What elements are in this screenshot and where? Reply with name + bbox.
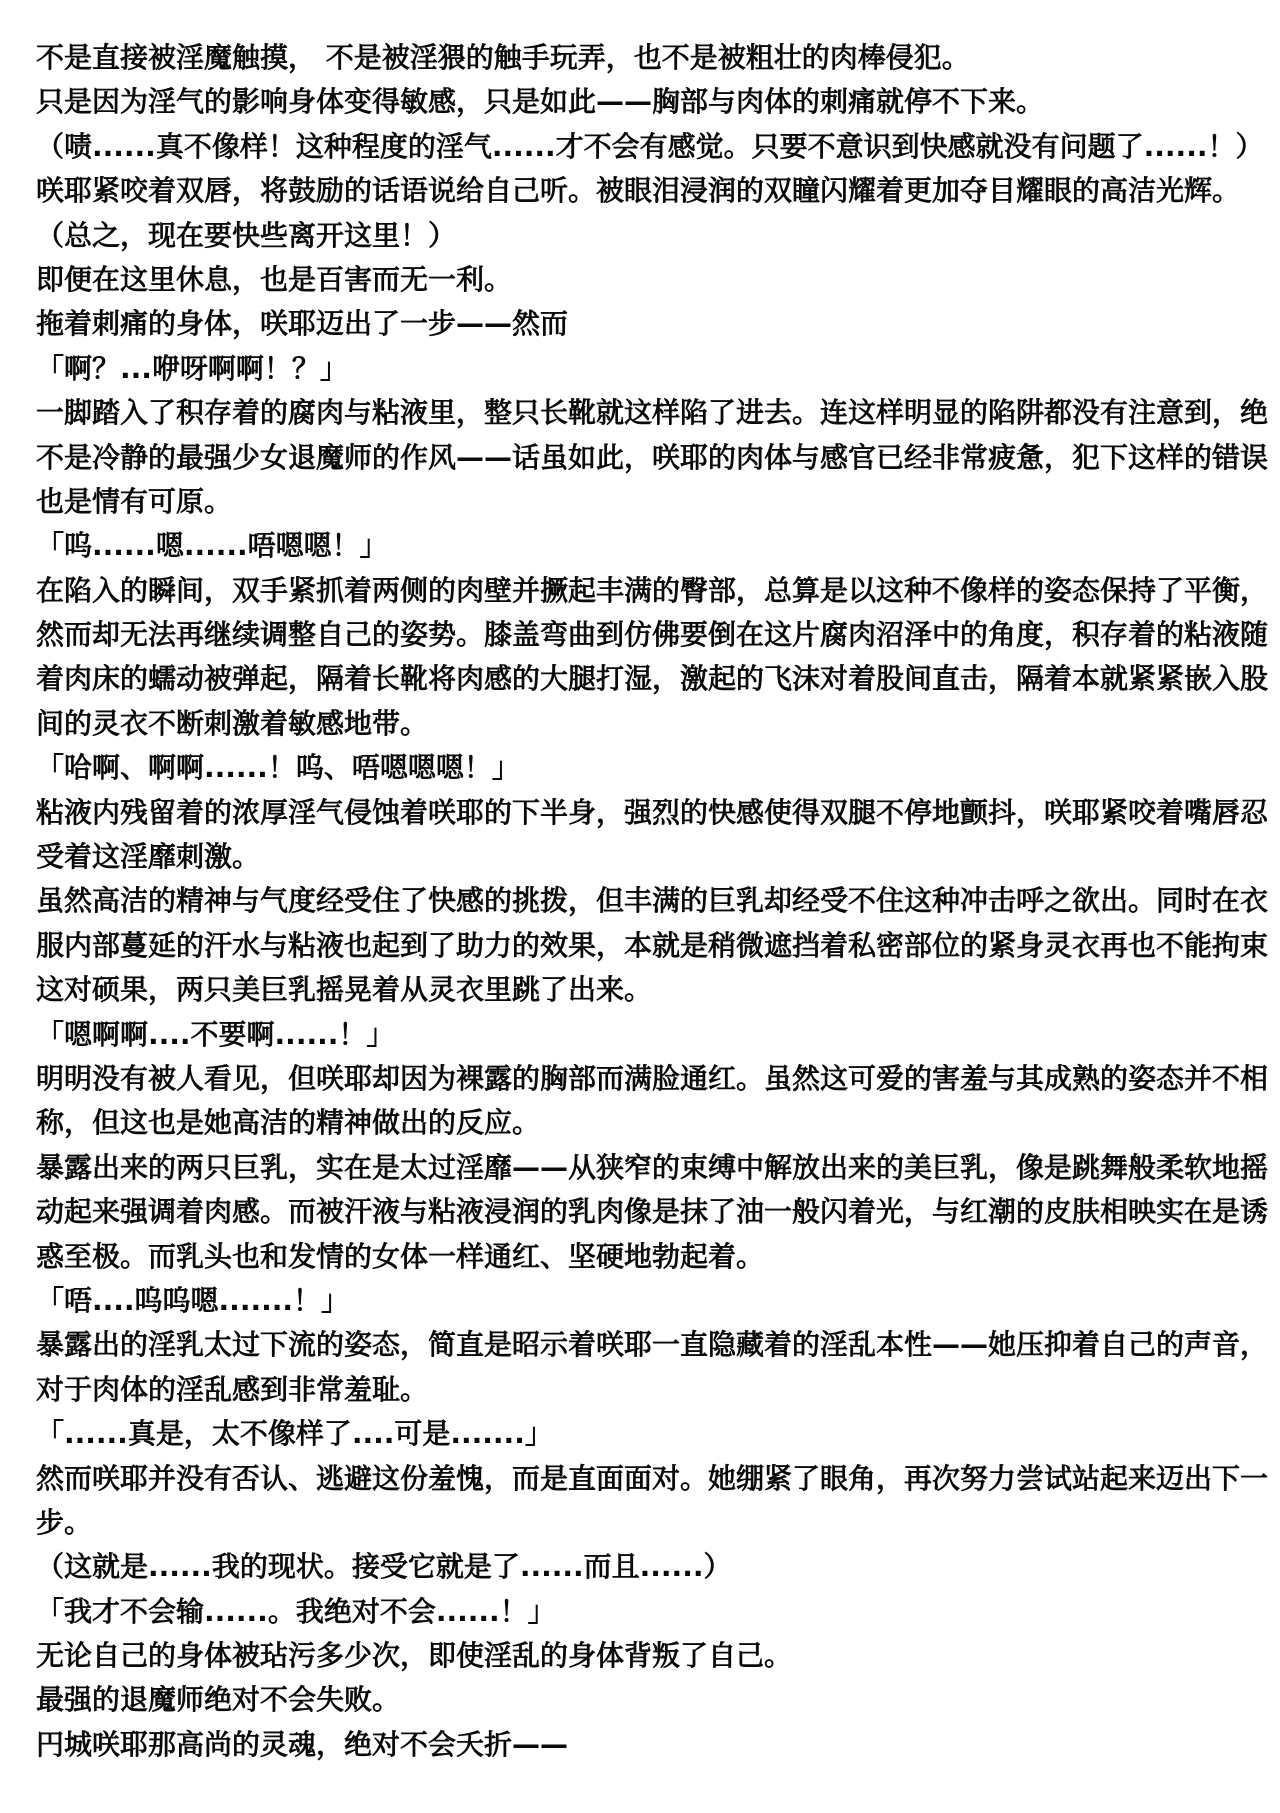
text-line: 间的灵衣不断刺激着敏感地带。	[36, 702, 1250, 746]
text-line: 称，但这也是她高洁的精神做出的反应。	[36, 1101, 1250, 1145]
text-line: 「我才不会输......。我绝对不会......！」	[36, 1590, 1250, 1634]
text-line: 円城咲耶那高尚的灵魂，绝对不会夭折——	[36, 1723, 1250, 1767]
text-line: 拖着刺痛的身体，咲耶迈出了一步——然而	[36, 302, 1250, 346]
text-line: （总之，现在要快些离开这里！）	[36, 214, 1250, 258]
text-line: 受着这淫靡刺激。	[36, 835, 1250, 879]
text-line: 「呜......嗯......唔嗯嗯！」	[36, 524, 1250, 568]
document-text: 不是直接被淫魔触摸， 不是被淫猥的触手玩弄，也不是被粗壮的肉棒侵犯。只是因为淫气…	[0, 0, 1280, 1767]
text-line: 咲耶紧咬着双唇，将鼓励的话语说给自己听。被眼泪浸润的双瞳闪耀着更加夺目耀眼的高洁…	[36, 169, 1250, 213]
text-line: 着肉床的蠕动被弹起，隔着长靴将肉感的大腿打湿，激起的飞沫对着股间直击，隔着本就紧…	[36, 657, 1250, 701]
text-line: （这就是......我的现状。接受它就是了......而且......）	[36, 1545, 1250, 1589]
text-line: 粘液内残留着的浓厚淫气侵蚀着咲耶的下半身，强烈的快感使得双腿不停地颤抖，咲耶紧咬…	[36, 791, 1250, 835]
text-line: 即便在这里休息，也是百害而无一利。	[36, 258, 1250, 302]
text-line: 暴露出来的两只巨乳，实在是太过淫靡——从狭窄的束缚中解放出来的美巨乳，像是跳舞般…	[36, 1146, 1250, 1190]
text-line: 动起来强调着肉感。而被汗液与粘液浸润的乳肉像是抹了油一般闪着光，与红潮的皮肤相映…	[36, 1190, 1250, 1234]
text-line: 「哈啊、啊啊......！呜、唔嗯嗯嗯！」	[36, 746, 1250, 790]
text-line: 服内部蔓延的汗水与粘液也起到了助力的效果，本就是稍微遮挡着私密部位的紧身灵衣再也…	[36, 924, 1250, 968]
text-line: 暴露出的淫乳太过下流的姿态，简直是昭示着咲耶一直隐藏着的淫乱本性——她压抑着自己…	[36, 1323, 1250, 1367]
text-line: 不是直接被淫魔触摸， 不是被淫猥的触手玩弄，也不是被粗壮的肉棒侵犯。	[36, 36, 1250, 80]
text-line: 也是情有可原。	[36, 480, 1250, 524]
text-line: 这对硕果，两只美巨乳摇晃着从灵衣里跳了出来。	[36, 968, 1250, 1012]
text-line: 在陷入的瞬间，双手紧抓着两侧的肉壁并撅起丰满的臀部，总算是以这种不像样的姿态保持…	[36, 569, 1250, 613]
text-line: 无论自己的身体被玷污多少次，即使淫乱的身体背叛了自己。	[36, 1634, 1250, 1678]
text-line: 一脚踏入了积存着的腐肉与粘液里，整只长靴就这样陷了进去。连这样明显的陷阱都没有注…	[36, 391, 1250, 435]
text-line: 「唔....呜呜嗯.......！」	[36, 1279, 1250, 1323]
text-line: 步。	[36, 1501, 1250, 1545]
text-line: 「......真是，太不像样了....可是.......」	[36, 1412, 1250, 1456]
text-line: 然而咲耶并没有否认、逃避这份羞愧，而是直面面对。她绷紧了眼角，再次努力尝试站起来…	[36, 1457, 1250, 1501]
text-line: 最强的退魔师绝对不会失败。	[36, 1678, 1250, 1722]
page: { "page": { "background_color": "#ffffff…	[0, 0, 1280, 1813]
text-line: 然而却无法再继续调整自己的姿势。膝盖弯曲到仿佛要倒在这片腐肉沼泽中的角度，积存着…	[36, 613, 1250, 657]
text-line: 明明没有被人看见，但咲耶却因为裸露的胸部而满脸通红。虽然这可爱的害羞与其成熟的姿…	[36, 1057, 1250, 1101]
text-line: 虽然高洁的精神与气度经受住了快感的挑拨，但丰满的巨乳却经受不住这种冲击呼之欲出。…	[36, 879, 1250, 923]
text-line: （啧......真不像样！这种程度的淫气......才不会有感觉。只要不意识到快…	[36, 125, 1250, 169]
text-line: 「啊？...咿呀啊啊！？」	[36, 347, 1250, 391]
text-line: 不是冷静的最强少女退魔师的作风——话虽如此，咲耶的肉体与感官已经非常疲惫，犯下这…	[36, 436, 1250, 480]
text-line: 惑至极。而乳头也和发情的女体一样通红、坚硬地勃起着。	[36, 1235, 1250, 1279]
text-line: 只是因为淫气的影响身体变得敏感，只是如此——胸部与肉体的刺痛就停不下来。	[36, 80, 1250, 124]
text-line: 对于肉体的淫乱感到非常羞耻。	[36, 1368, 1250, 1412]
text-line: 「嗯啊啊....不要啊......！」	[36, 1013, 1250, 1057]
